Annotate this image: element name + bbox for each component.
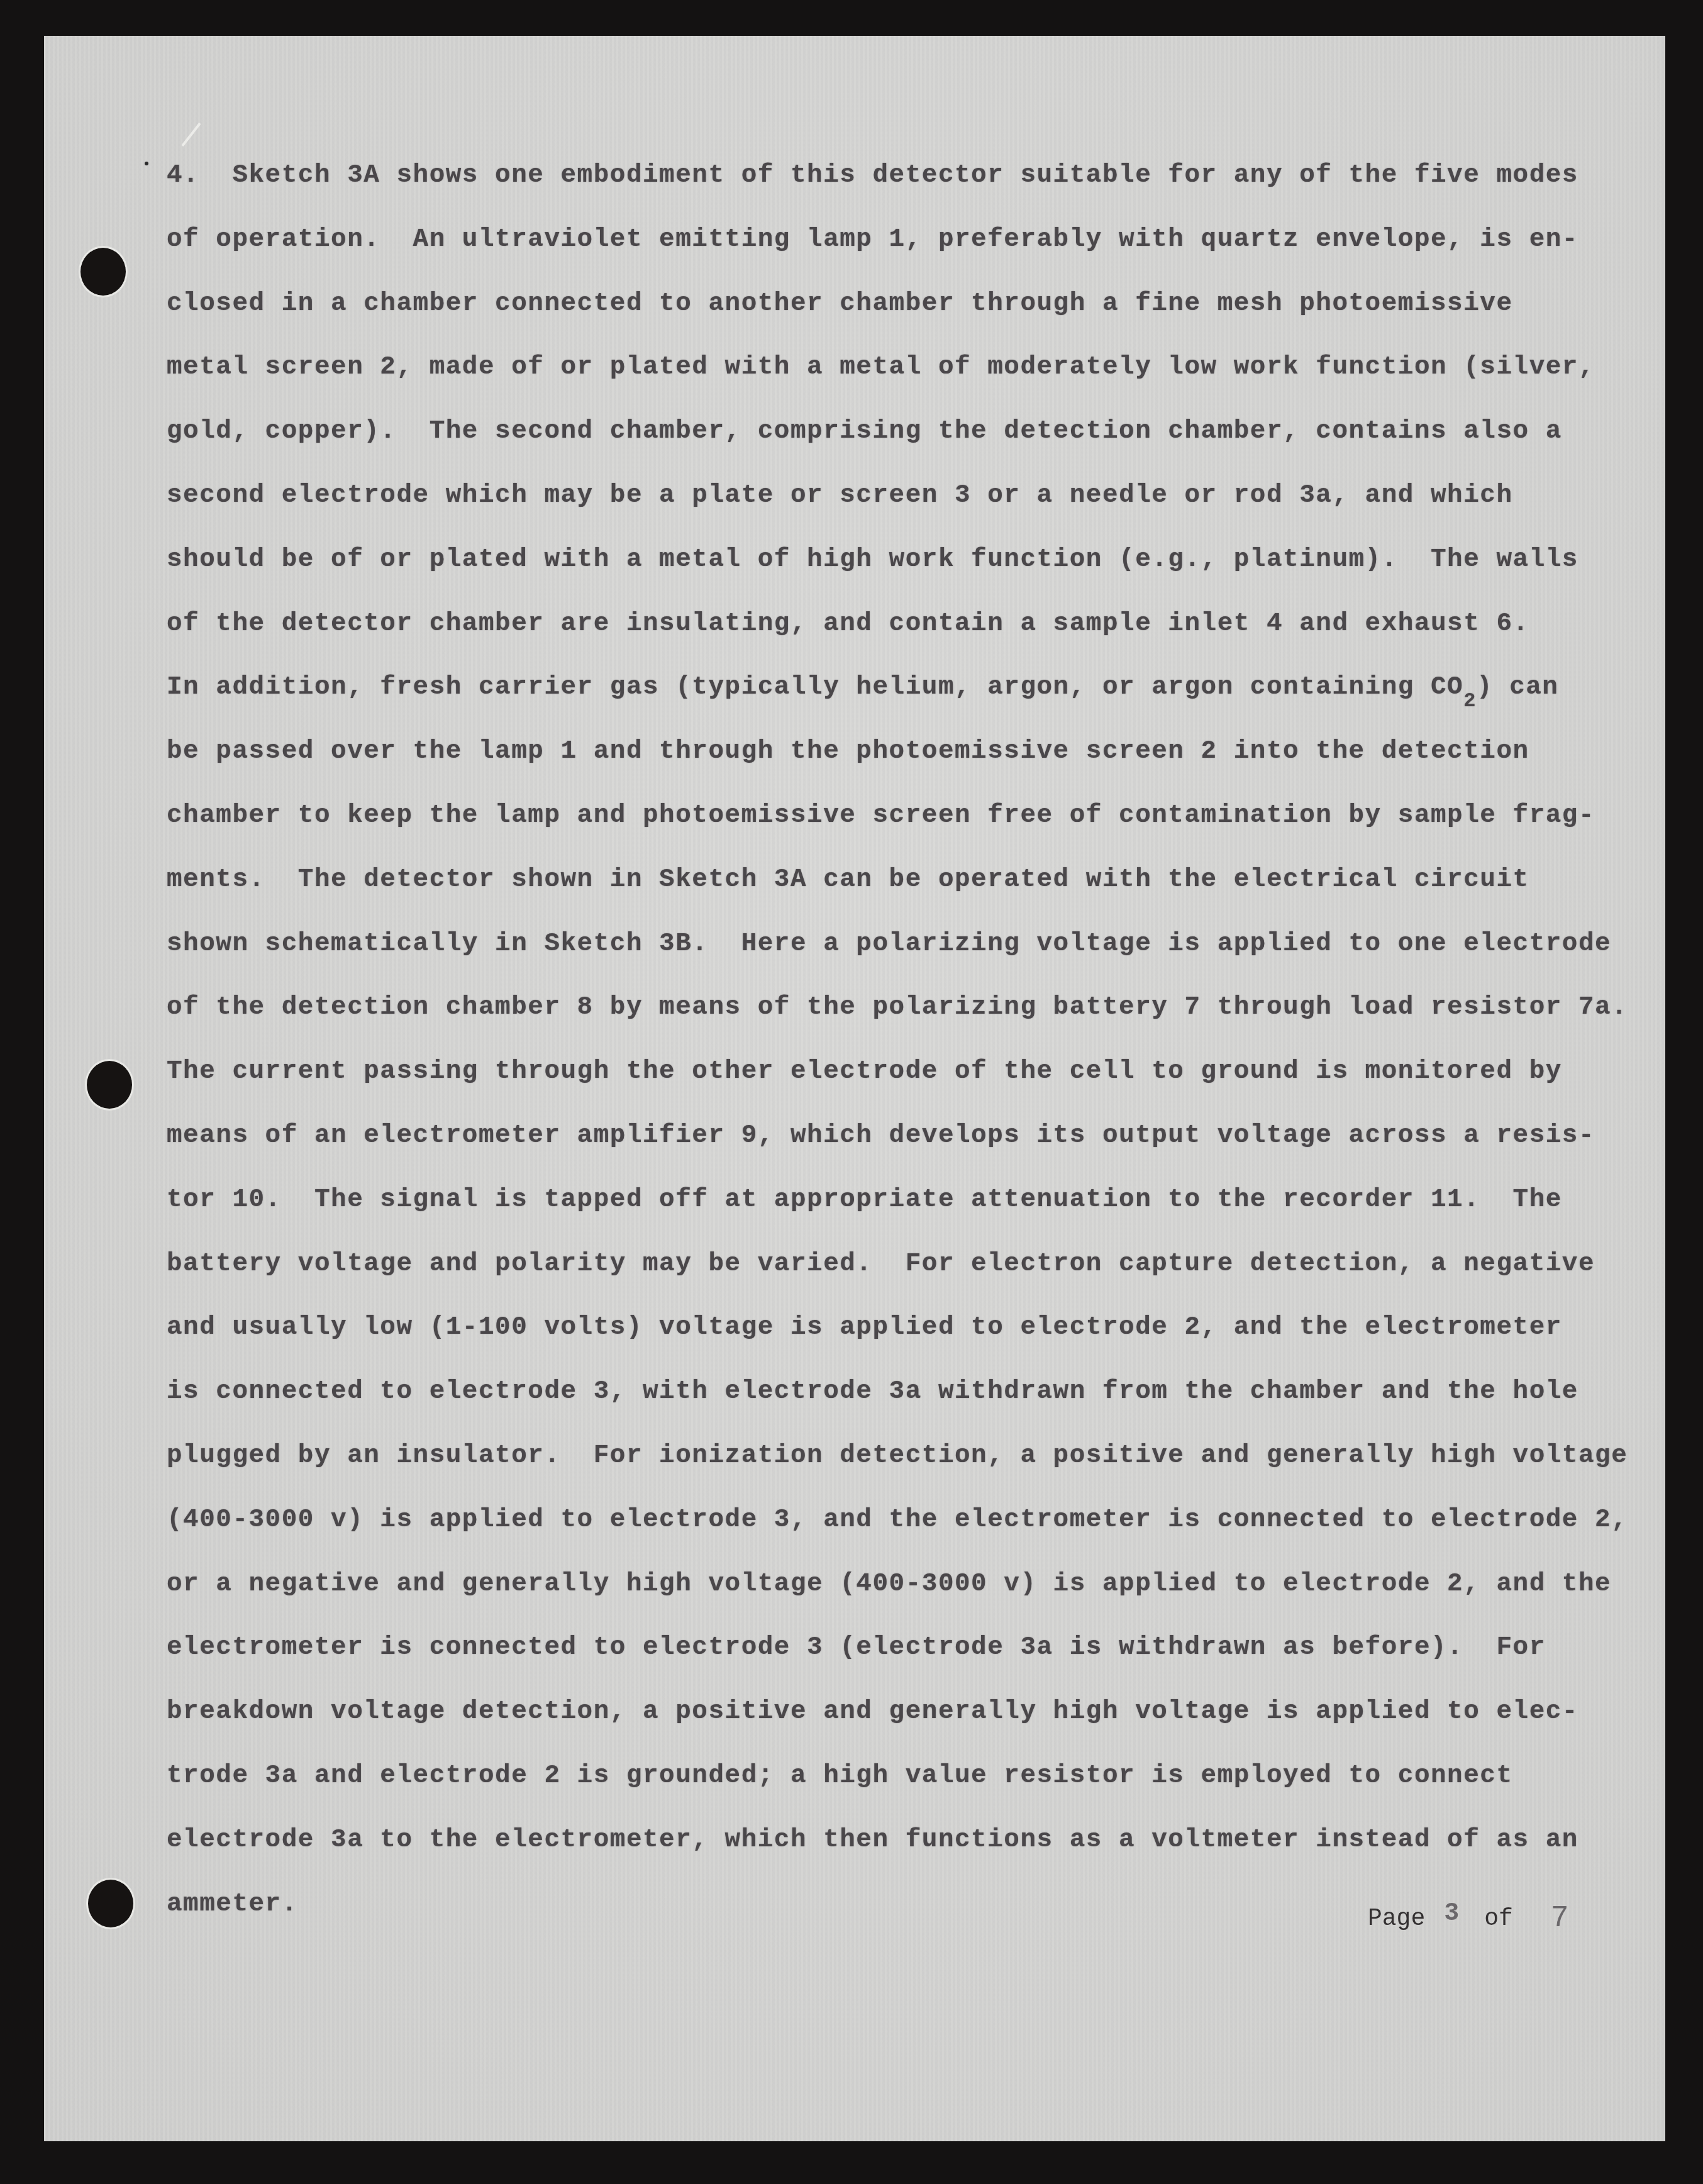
text-line: second electrode which may be a plate or…	[167, 473, 1613, 537]
text-line: ments. The detector shown in Sketch 3A c…	[167, 857, 1613, 921]
text-line: trode 3a and electrode 2 is grounded; a …	[167, 1753, 1613, 1817]
subscript: 2	[1463, 689, 1477, 712]
text-line: of the detector chamber are insulating, …	[167, 601, 1613, 665]
of-label: of	[1484, 1905, 1513, 1932]
document-page: 4. Sketch 3A shows one embodiment of thi…	[44, 36, 1665, 2141]
body-paragraph: 4. Sketch 3A shows one embodiment of thi…	[167, 153, 1613, 1945]
text-line: of the detection chamber 8 by means of t…	[167, 985, 1613, 1049]
page-label: Page	[1368, 1905, 1425, 1932]
punch-hole-bottom	[88, 1880, 133, 1927]
text-line: plugged by an insulator. For ionization …	[167, 1433, 1613, 1497]
text-line: of operation. An ultraviolet emitting la…	[167, 217, 1613, 281]
text-line: electrode 3a to the electrometer, which …	[167, 1817, 1613, 1882]
page-number: 3	[1444, 1900, 1459, 1928]
text-line: is connected to electrode 3, with electr…	[167, 1369, 1613, 1433]
text-line: 4. Sketch 3A shows one embodiment of thi…	[167, 153, 1613, 217]
text-line: gold, copper). The second chamber, compr…	[167, 409, 1613, 473]
text-line: or a negative and generally high voltage…	[167, 1561, 1613, 1626]
text-line: chamber to keep the lamp and photoemissi…	[167, 793, 1613, 857]
paper-scratch-mark	[181, 123, 201, 147]
text-line: battery voltage and polarity may be vari…	[167, 1241, 1613, 1305]
text-line: breakdown voltage detection, a positive …	[167, 1689, 1613, 1753]
punch-hole-middle	[87, 1061, 132, 1109]
text-line: shown schematically in Sketch 3B. Here a…	[167, 921, 1613, 985]
text-segment: ) can	[1477, 673, 1559, 702]
paper-speck	[145, 162, 148, 165]
page-indicator: Page 3 of 7	[1368, 1900, 1569, 1934]
text-line-with-subscript: In addition, fresh carrier gas (typicall…	[167, 665, 1613, 729]
text-line: and usually low (1-100 volts) voltage is…	[167, 1305, 1613, 1369]
punch-hole-top	[80, 248, 126, 296]
text-line: The current passing through the other el…	[167, 1049, 1613, 1113]
text-line: metal screen 2, made of or plated with a…	[167, 345, 1613, 409]
text-line: be passed over the lamp 1 and through th…	[167, 729, 1613, 793]
text-line: closed in a chamber connected to another…	[167, 281, 1613, 345]
text-line: means of an electrometer amplifier 9, wh…	[167, 1113, 1613, 1177]
text-line: tor 10. The signal is tapped off at appr…	[167, 1177, 1613, 1241]
text-line: (400-3000 v) is applied to electrode 3, …	[167, 1497, 1613, 1561]
page-total: 7	[1551, 1902, 1569, 1936]
text-line: electrometer is connected to electrode 3…	[167, 1625, 1613, 1689]
text-segment: In addition, fresh carrier gas (typicall…	[167, 673, 1463, 702]
text-line: should be of or plated with a metal of h…	[167, 537, 1613, 601]
